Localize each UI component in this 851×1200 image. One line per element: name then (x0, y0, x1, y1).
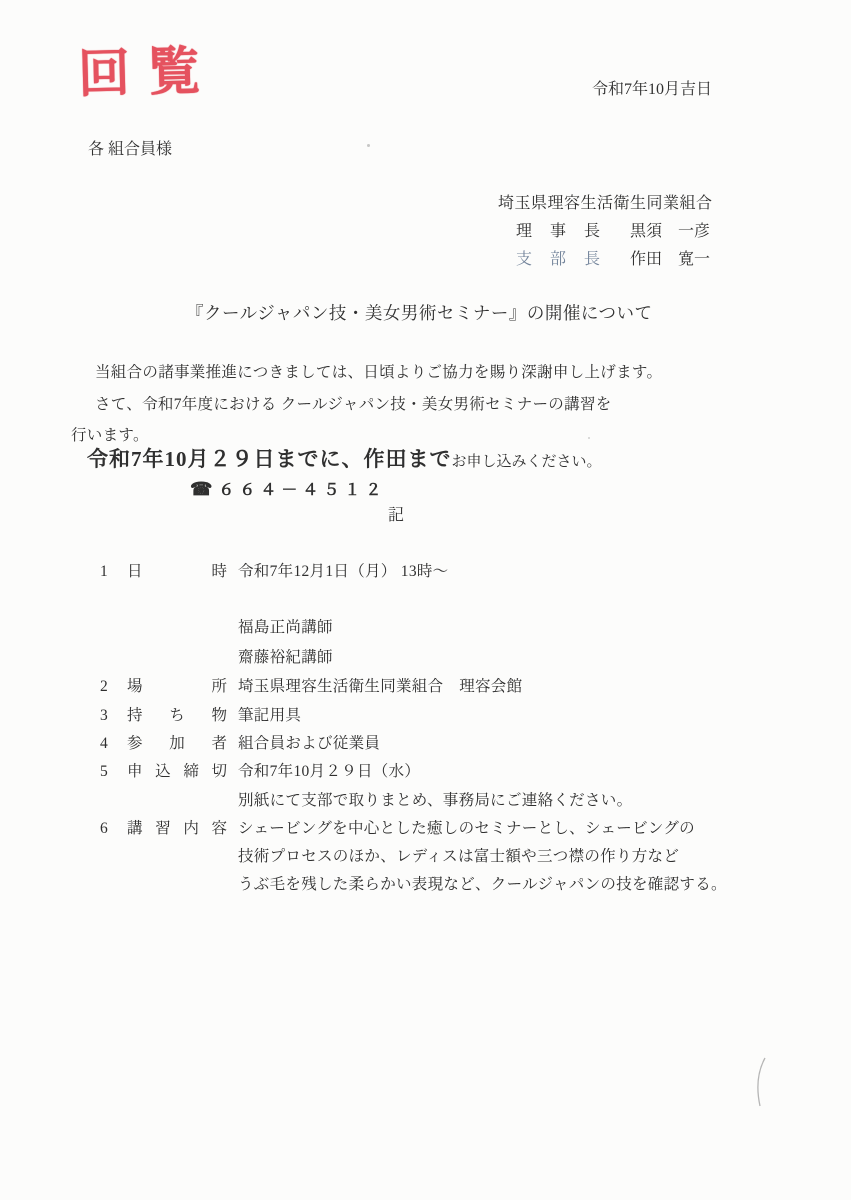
item-label: 日時 (127, 562, 227, 581)
item-extra-line: 別紙にて支部で取りまとめ、事務局にご連絡ください。 (238, 791, 632, 810)
item-label: 参加者 (127, 734, 227, 753)
scan-speck (367, 144, 370, 147)
sender-organization: 埼玉県理容生活衛生同業組合 (498, 194, 713, 214)
item-row-belongings: 3 持ち物 筆記用具 (100, 706, 301, 725)
application-deadline-line: 令和7年10月２９日までに、作田までお申し込みください。 (87, 446, 602, 472)
scan-speck (588, 437, 590, 439)
item-label: 講習内容 (127, 819, 227, 838)
recipient-line: 各 組合員様 (88, 140, 172, 160)
item-number: 4 (100, 734, 127, 753)
item-extra-line: うぶ毛を残した柔らかい表現など、クールジャパンの技を確認する。 (238, 875, 727, 894)
item-extra-line: 技術プロセスのほか、レディスは富士額や三つ襟の作り方など (238, 847, 679, 866)
document-page: 回覧 令和7年10月吉日 各 組合員様 埼玉県理容生活衛生同業組合 理事長黒須 … (0, 0, 851, 1200)
item-label: 場所 (127, 677, 227, 696)
sender-role-chairman: 理事長黒須 一彦 (516, 222, 710, 242)
body-paragraph-line: さて、令和7年度における クールジャパン技・美女男術セミナーの講習を (71, 395, 612, 414)
record-mark: 記 (388, 506, 404, 526)
item-content: 令和7年12月1日（月） 13時～ (238, 562, 448, 581)
role-name-branch-head: 作田 寛一 (630, 250, 710, 270)
deadline-emphasis-text: 令和7年10月２９日までに、作田まで (87, 447, 452, 471)
item-number: 6 (100, 819, 127, 838)
item-number: 1 (100, 562, 127, 581)
item-row-participants: 4 参加者 組合員および従業員 (100, 734, 380, 753)
item-content: 令和7年10月２９日（水） (238, 762, 420, 781)
phone-number: ６６４－４５１２ (218, 482, 386, 499)
item-row-place: 2 場所 埼玉県理容生活衛生同業組合 理容会館 (100, 677, 522, 696)
item-number: 5 (100, 762, 127, 781)
document-title: 『クールジャパン技・美女男術セミナー』の開催について (186, 303, 653, 325)
item-row-datetime: 1 日時 令和7年12月1日（月） 13時～ (100, 562, 448, 581)
item-number: 3 (100, 706, 127, 725)
item-label: 申込締切 (127, 762, 227, 781)
item-label: 持ち物 (127, 706, 227, 725)
body-paragraph-line: 行います。 (71, 426, 149, 445)
role-name-chairman: 黒須 一彦 (630, 222, 710, 242)
sender-role-branch-head: 支部長作田 寛一 (516, 250, 710, 270)
scan-artifact-line (750, 1056, 772, 1108)
item-content: 埼玉県理容生活衛生同業組合 理容会館 (238, 677, 522, 696)
item-content: シェービングを中心とした癒しのセミナーとし、シェービングの (238, 819, 695, 838)
item-number: 2 (100, 677, 127, 696)
deadline-normal-text: お申し込みください。 (452, 454, 602, 470)
body-paragraph-line: 当組合の諸事業推進につきましては、日頃よりご協力を賜り深謝申し上げます。 (71, 363, 662, 382)
item-row-application-deadline: 5 申込締切 令和7年10月２９日（水） (100, 762, 420, 781)
role-title-chairman: 理事長 (516, 222, 600, 242)
item-content: 筆記用具 (238, 706, 301, 725)
kairan-circulation-stamp: 回覧 (77, 38, 219, 107)
lecturer-line: 福島正尚講師 (238, 618, 333, 637)
role-title-branch-head: 支部長 (516, 250, 600, 270)
item-content: 組合員および従業員 (238, 734, 380, 753)
telephone-icon: ☎ (190, 479, 212, 499)
phone-line: ☎６６４－４５１２ (190, 478, 386, 501)
document-date: 令和7年10月吉日 (592, 80, 712, 100)
lecturer-line: 齋藤裕紀講師 (238, 648, 333, 667)
item-row-seminar-content: 6 講習内容 シェービングを中心とした癒しのセミナーとし、シェービングの (100, 819, 695, 838)
